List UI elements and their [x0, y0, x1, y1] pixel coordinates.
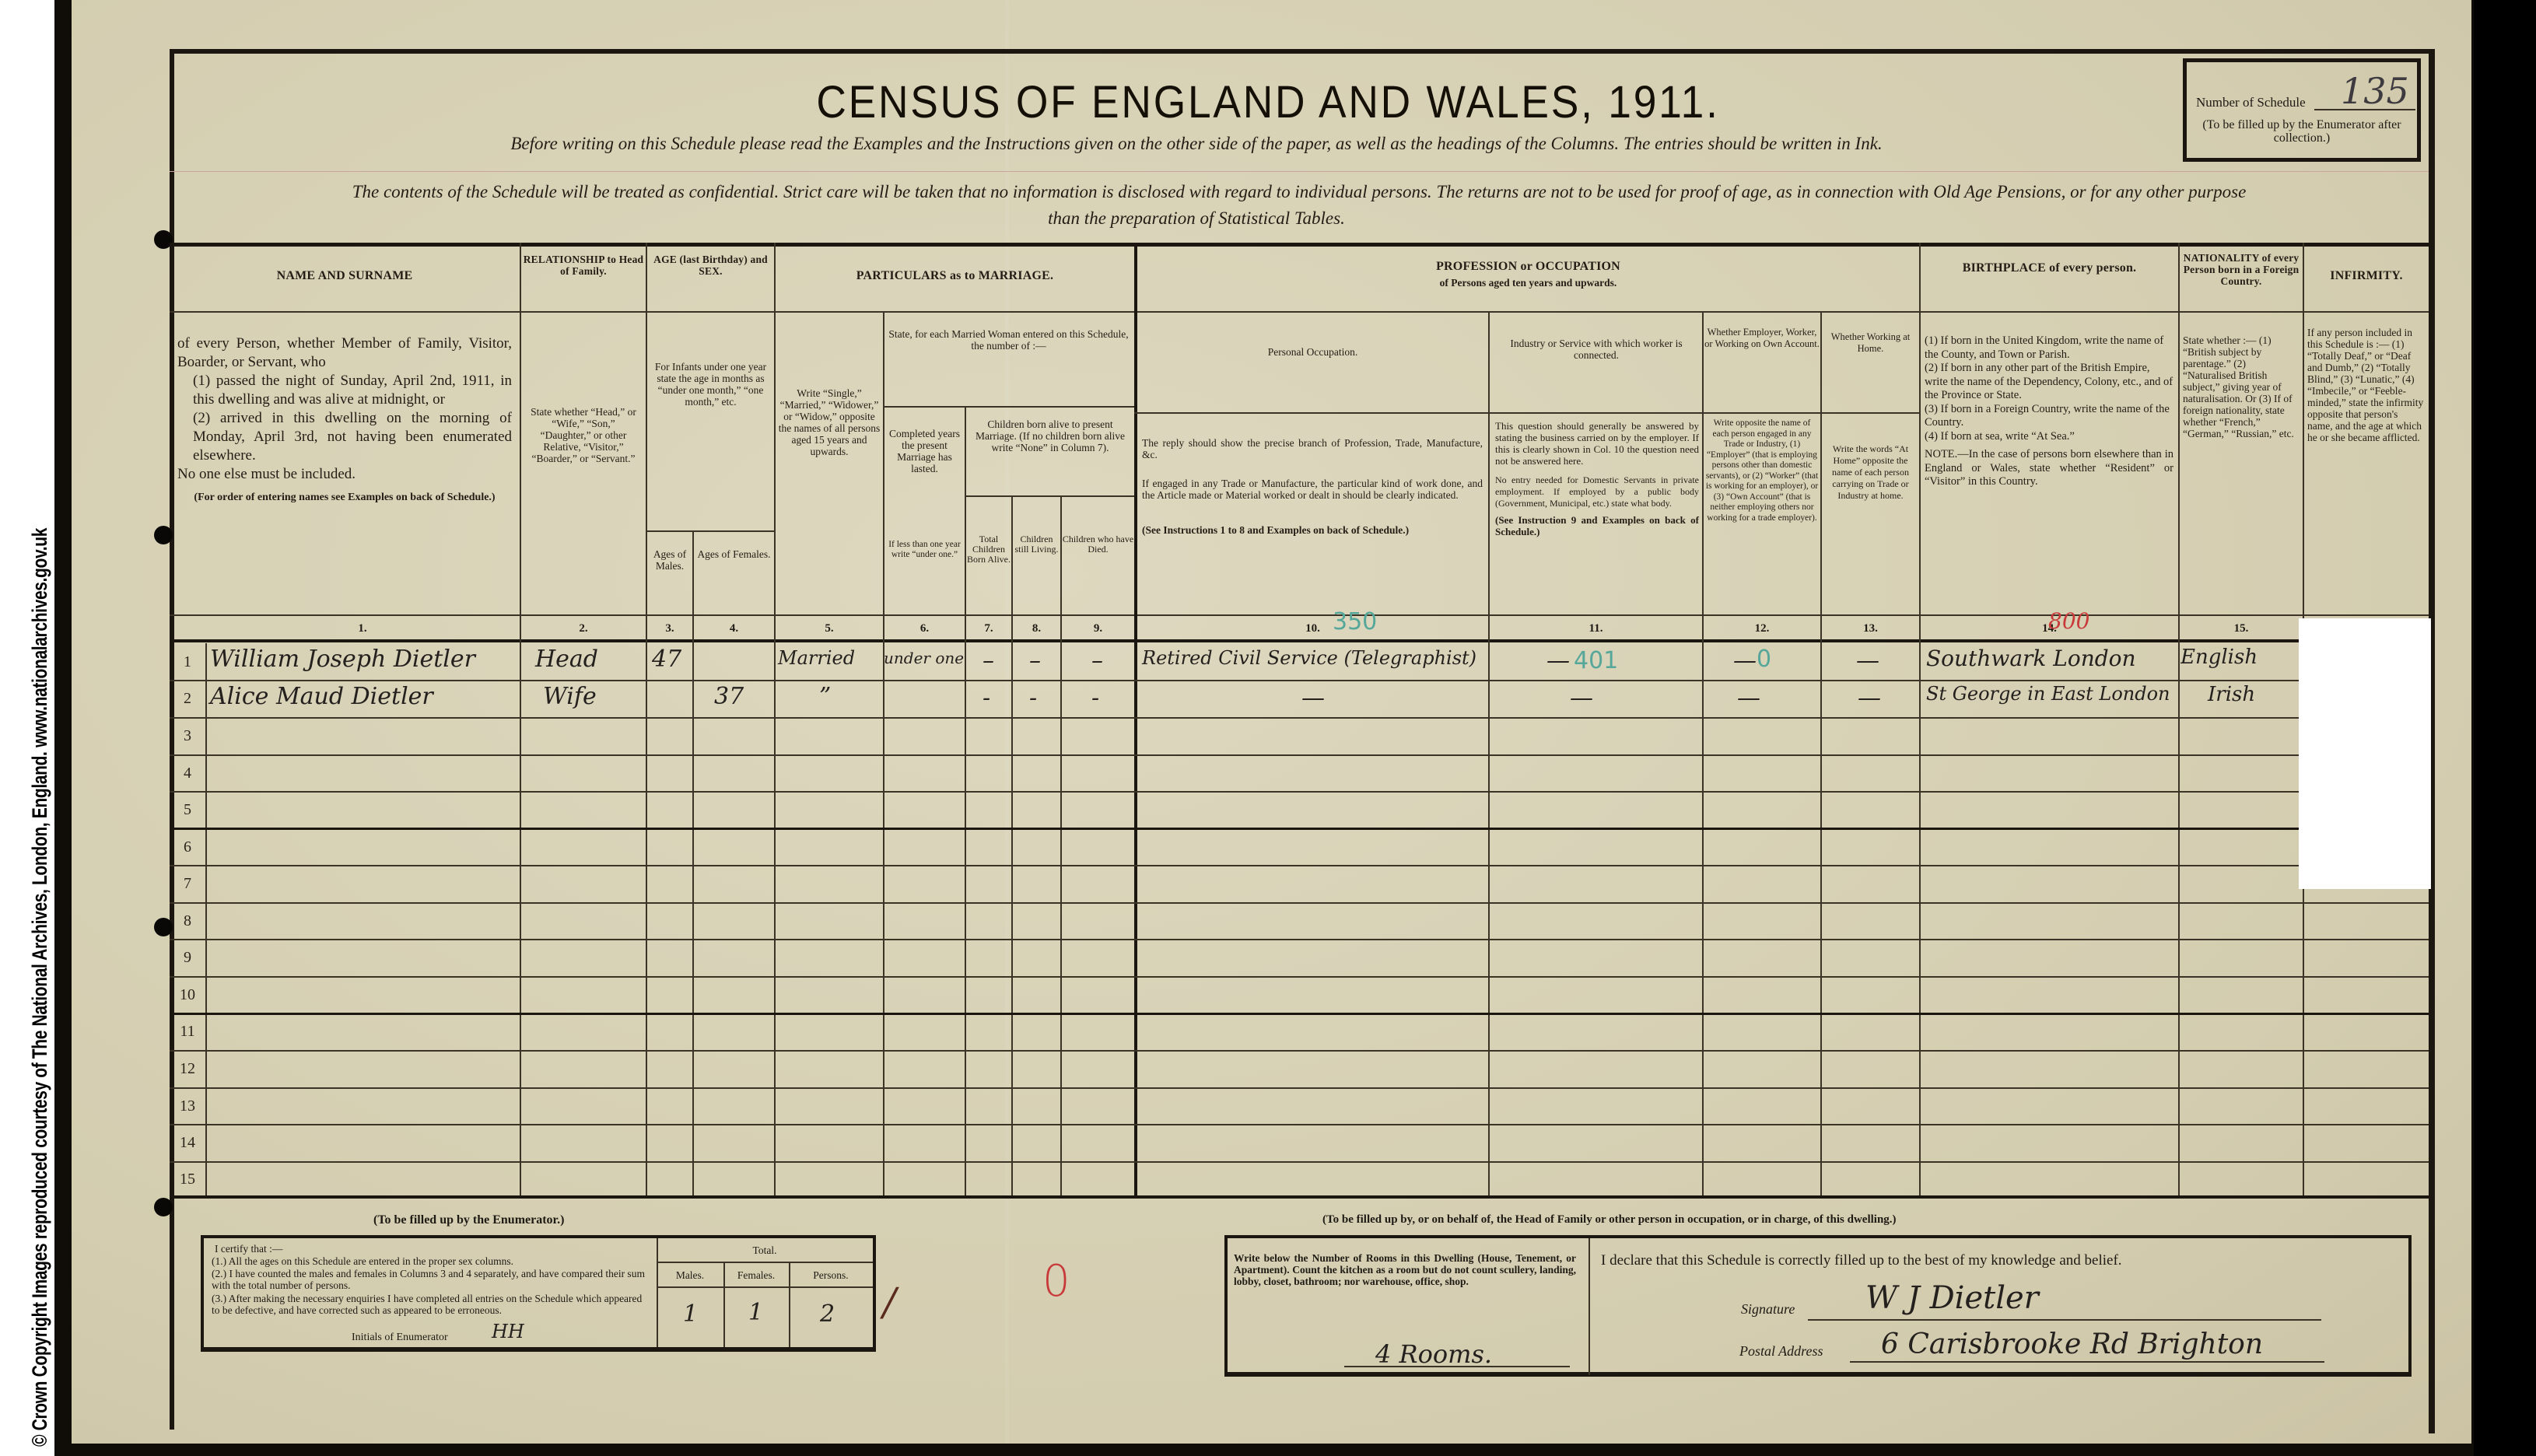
red-zero-mark: 0: [1042, 1256, 1070, 1307]
industry-desc-2: No entry needed for Domestic Servants in…: [1495, 474, 1699, 509]
address-line: [1850, 1361, 2324, 1363]
total-males[interactable]: 1: [683, 1300, 698, 1328]
col-divider: [1011, 495, 1013, 1198]
row1-total[interactable]: –: [983, 647, 994, 674]
row1-living[interactable]: –: [1029, 647, 1041, 674]
signature-value[interactable]: W J Dietler: [1865, 1280, 2039, 1316]
col-industry-desc: This question should generally be answer…: [1495, 420, 1699, 537]
col-birthplace-desc: (1) If born in the United Kingdom, write…: [1925, 334, 2173, 489]
col-died-desc: Children who have Died.: [1062, 534, 1134, 555]
col-home-title: Whether Working at Home.: [1822, 331, 1919, 355]
total-females[interactable]: 1: [748, 1299, 763, 1326]
personal-desc-2: If engaged in any Trade or Manufacture, …: [1142, 478, 1483, 501]
birthplace-desc-3: (3) If born in a Foreign Country, write …: [1925, 403, 2173, 430]
name-desc-4: No one else must be included.: [177, 465, 512, 484]
row1-condition[interactable]: Married: [778, 647, 855, 669]
col-num-5: 5.: [776, 622, 883, 635]
col-personal-desc: The reply should show the precise branch…: [1142, 437, 1483, 536]
marriage-subdivider: [883, 406, 1134, 408]
row-number: 11: [170, 1023, 205, 1041]
signature-label: Signature: [1741, 1304, 1795, 1315]
row2-condition[interactable]: ”: [819, 683, 831, 710]
col-num-15: 15.: [2180, 622, 2303, 635]
certify-label: I certify that :—: [215, 1243, 282, 1255]
col-married-woman-desc: State, for each Married Woman entered on…: [886, 328, 1131, 352]
row-number: 6: [170, 838, 205, 856]
col-num-11: 11.: [1490, 622, 1702, 635]
row-divider: [170, 828, 2429, 830]
col-relationship-title: RELATIONSHIP to Head of Family.: [521, 254, 646, 277]
col-age-females: Ages of Females.: [694, 548, 774, 560]
col-num-6: 6.: [884, 622, 965, 635]
children-subdivider: [965, 495, 1134, 497]
occupier-box: Write below the Number of Rooms in this …: [1224, 1235, 2412, 1377]
col-num-13: 13.: [1822, 622, 1919, 635]
row-number: 14: [170, 1134, 205, 1152]
row-divider: [170, 1161, 2429, 1163]
col-num-3: 3.: [647, 622, 692, 635]
row-number: 4: [170, 765, 205, 782]
total-persons[interactable]: 2: [820, 1300, 835, 1328]
row1-birthplace[interactable]: Southwark London: [1926, 646, 2136, 671]
row1-age-male[interactable]: 47: [652, 646, 681, 673]
row-number: 15: [170, 1171, 205, 1188]
col-name-desc: of every Person, whether Member of Famil…: [177, 334, 512, 504]
occupier-heading: (To be filled up by, or on behalf of, th…: [1322, 1213, 1897, 1227]
name-desc-5: (For order of entering names see Example…: [177, 492, 512, 504]
header-divider: [170, 311, 2429, 313]
signature-line: [1808, 1319, 2321, 1321]
row2-industry[interactable]: —: [1570, 684, 1593, 712]
row1-occupation[interactable]: Retired Civil Service (Telegraphist): [1142, 647, 1476, 669]
birthplace-desc-1: (1) If born in the United Kingdom, write…: [1925, 334, 2173, 362]
row-number: 2: [170, 690, 205, 708]
row-number: 1: [170, 653, 205, 671]
row2-home[interactable]: —: [1858, 684, 1881, 712]
row1-home[interactable]: —: [1856, 647, 1879, 674]
col-employer-desc: Write opposite the name of each person e…: [1705, 418, 1819, 523]
certify-item-1: (1.) All the ages on this Schedule are e…: [212, 1255, 647, 1267]
schedule-number-box: Number of Schedule 135 (To be filled up …: [2183, 58, 2421, 162]
declaration-text: I declare that this Schedule is correctl…: [1601, 1252, 2122, 1269]
persons-label: Persons.: [789, 1269, 873, 1281]
col-employer-title: Whether Employer, Worker, or Working on …: [1704, 327, 1820, 350]
name-desc-2: (1) passed the night of Sunday, April 2n…: [177, 372, 512, 409]
initials-label: Initials of Enumerator: [352, 1332, 448, 1343]
certify-item-3: (3.) After making the necessary enquirie…: [212, 1293, 647, 1316]
col-living-desc: Children still Living.: [1013, 534, 1060, 555]
col-divider: [2178, 243, 2180, 1198]
row-number: 10: [170, 986, 205, 1004]
col-age-males: Ages of Males.: [647, 548, 692, 572]
row-divider: [170, 1050, 2429, 1052]
address-value[interactable]: 6 Carisbrooke Rd Brighton: [1881, 1328, 2263, 1360]
row1-relationship[interactable]: Head: [535, 646, 598, 673]
schedule-number-label: Number of Schedule: [2196, 95, 2306, 110]
row-divider: [170, 865, 2429, 866]
row-divider: [170, 939, 2429, 940]
col-divider: [1134, 243, 1137, 1198]
tick-mark: /: [883, 1279, 896, 1325]
copyright-strip: © Crown Copyright Images reproduced cour…: [0, 0, 54, 1456]
enumerator-box: I certify that :— (1.) All the ages on t…: [201, 1235, 876, 1352]
total-subdivider: [657, 1286, 873, 1288]
col-infirmity-title: INFIRMITY.: [2304, 269, 2429, 282]
name-desc-1: of every Person, whether Member of Famil…: [177, 334, 512, 372]
females-label: Females.: [723, 1269, 789, 1281]
row-divider: [170, 791, 2429, 793]
col-name-title: NAME AND SURNAME: [170, 269, 520, 282]
col-num-1: 1.: [205, 622, 520, 635]
colnum-divider: [170, 639, 2429, 642]
col-num-8: 8.: [1013, 622, 1060, 635]
name-desc-3: (2) arrived in this dwelling on the morn…: [177, 409, 512, 465]
row1-nationality[interactable]: English: [2180, 646, 2299, 669]
col-infirmity-desc: If any person included in this Schedule …: [2307, 327, 2426, 443]
col-years-desc: Completed years the present Marriage has…: [884, 428, 965, 474]
col-age-desc: For Infants under one year state the age…: [650, 361, 771, 408]
row-divider: [170, 1124, 2429, 1125]
col-divider: [646, 243, 647, 1198]
total-subdivider: [657, 1262, 873, 1263]
row1-years[interactable]: under one: [884, 649, 964, 667]
total-label: Total.: [657, 1244, 873, 1256]
census-table: NAME AND SURNAME RELATIONSHIP to Head of…: [170, 243, 2429, 1198]
row2-employer[interactable]: —: [1737, 684, 1760, 712]
occupation-subdivider: [1134, 412, 1919, 414]
rooms-value[interactable]: 4 Rooms.: [1375, 1339, 1492, 1369]
certify-item-2: (2.) I have counted the males and female…: [212, 1268, 647, 1291]
rownum-divider: [205, 643, 207, 1198]
row-divider: [170, 680, 2429, 681]
industry-desc-3: (See Instruction 9 and Examples on back …: [1495, 514, 1699, 537]
confidential-line: The contents of the Schedule will be tre…: [187, 182, 2412, 202]
personal-desc-1: The reply should show the precise branch…: [1142, 437, 1483, 460]
col-personal-occupation-title: Personal Occupation.: [1137, 346, 1488, 358]
col-total-desc: Total Children Born Alive.: [966, 534, 1011, 565]
row-divider: [170, 902, 2429, 904]
row2-living[interactable]: -: [1029, 684, 1037, 712]
row-divider: [170, 1087, 2429, 1089]
col-age-title: AGE (last Birthday) and SEX.: [647, 254, 774, 277]
instruction-line: Before writing on this Schedule please r…: [170, 134, 2223, 154]
col-relationship-desc: State whether “Head,” or “Wife,” “Son,” …: [526, 406, 641, 464]
row2-relationship[interactable]: Wife: [543, 683, 597, 710]
row-number: 3: [170, 727, 205, 745]
row-number: 5: [170, 801, 205, 819]
col-nationality-desc: State whether :— (1) “British subject by…: [2183, 334, 2300, 439]
schedule-number-value: 135: [2341, 70, 2409, 112]
punch-hole: [154, 1198, 173, 1216]
col-divider: [774, 243, 776, 1198]
page-title: CENSUS OF ENGLAND AND WALES, 1911.: [101, 76, 2434, 128]
row-divider: [170, 754, 2429, 756]
row2-age-female[interactable]: 37: [714, 683, 744, 710]
row-divider: [170, 976, 2429, 978]
col-birthplace-title: BIRTHPLACE of every person.: [1921, 261, 2178, 275]
row-divider: [170, 1013, 2429, 1015]
schedule-number-note: (To be filled up by the Enumerator after…: [2193, 118, 2411, 145]
col12-code: 0: [1757, 646, 1771, 673]
col-marriage-title: PARTICULARS as to MARRIAGE.: [776, 269, 1134, 282]
col-num-9: 9.: [1062, 622, 1134, 635]
enumerator-initials[interactable]: HH: [492, 1321, 524, 1342]
row2-died[interactable]: -: [1091, 684, 1099, 712]
col-occupation-title: PROFESSION or OCCUPATION: [1137, 260, 1919, 273]
row-divider: [170, 717, 2429, 719]
rooms-instructions: Write below the Number of Rooms in this …: [1234, 1252, 1576, 1287]
col-num-12: 12.: [1704, 622, 1820, 635]
row-number: 13: [170, 1097, 205, 1115]
row2-occupation[interactable]: —: [1301, 684, 1325, 712]
age-subdivider: [646, 530, 774, 532]
birthplace-desc-4: (4) If born at sea, write “At Sea.”: [1925, 430, 2173, 444]
personal-desc-3: (See Instructions 1 to 8 and Examples on…: [1142, 524, 1483, 536]
row-number: 9: [170, 949, 205, 967]
col-divider: [965, 406, 966, 1198]
col-num-4: 4.: [694, 622, 774, 635]
row-number: 8: [170, 912, 205, 930]
col-divider: [520, 243, 521, 1198]
col-divider: [1060, 495, 1062, 1198]
enumerator-heading: (To be filled up by the Enumerator.): [373, 1213, 565, 1227]
row1-died[interactable]: –: [1091, 647, 1103, 674]
col-num-2: 2.: [521, 622, 646, 635]
redaction-box: [2299, 618, 2431, 889]
col11-code: 401: [1574, 647, 1618, 674]
col-nationality-title: NATIONALITY of every Person born in a Fo…: [2180, 252, 2303, 287]
row2-total[interactable]: -: [983, 684, 990, 712]
col-children-desc: Children born alive to present Marriage.…: [966, 418, 1134, 453]
copyright-text: © Crown Copyright Images reproduced cour…: [28, 528, 52, 1447]
col10-code: 350: [1333, 608, 1377, 635]
occupier-divider: [1589, 1238, 1590, 1375]
table-bottom-border: [170, 1195, 2429, 1199]
row2-nationality[interactable]: Irish: [2208, 683, 2255, 706]
address-label: Postal Address: [1739, 1346, 1823, 1357]
industry-desc-1: This question should generally be answer…: [1495, 420, 1699, 467]
col-num-7: 7.: [966, 622, 1011, 635]
row1-industry[interactable]: —: [1546, 647, 1570, 674]
confidential-line-2: than the preparation of Statistical Tabl…: [170, 208, 2223, 229]
col-divider: [1919, 243, 1921, 1198]
row1-name[interactable]: William Joseph Dietler: [210, 646, 475, 673]
row2-name[interactable]: Alice Maud Dietler: [210, 683, 433, 710]
table-top-border: [170, 243, 2429, 247]
males-label: Males.: [657, 1269, 723, 1281]
birthplace-desc-2: (2) If born in any other part of the Bri…: [1925, 362, 2173, 403]
col-num-10: 10.: [1137, 622, 1488, 635]
col-occupation-subtitle: of Persons aged ten years and upwards.: [1137, 277, 1919, 289]
row-number: 12: [170, 1060, 205, 1078]
col-condition-desc: Write “Single,” “Married,” “Widower,” or…: [777, 387, 881, 457]
col-home-desc: Write the words “At Home” opposite the n…: [1823, 443, 1918, 502]
birthplace-note: NOTE.—In the case of persons born elsewh…: [1925, 448, 2173, 489]
divider: [170, 171, 2429, 172]
row-number: 7: [170, 875, 205, 893]
col-years-note: If less than one year write “under one.”: [884, 540, 965, 560]
rooms-line: [1344, 1366, 1570, 1367]
col14-code: 800: [2048, 608, 2089, 634]
row2-birthplace[interactable]: St George in East London: [1926, 683, 2170, 705]
col-industry-title: Industry or Service with which worker is…: [1490, 338, 1702, 361]
row1-employer[interactable]: —: [1733, 647, 1757, 674]
